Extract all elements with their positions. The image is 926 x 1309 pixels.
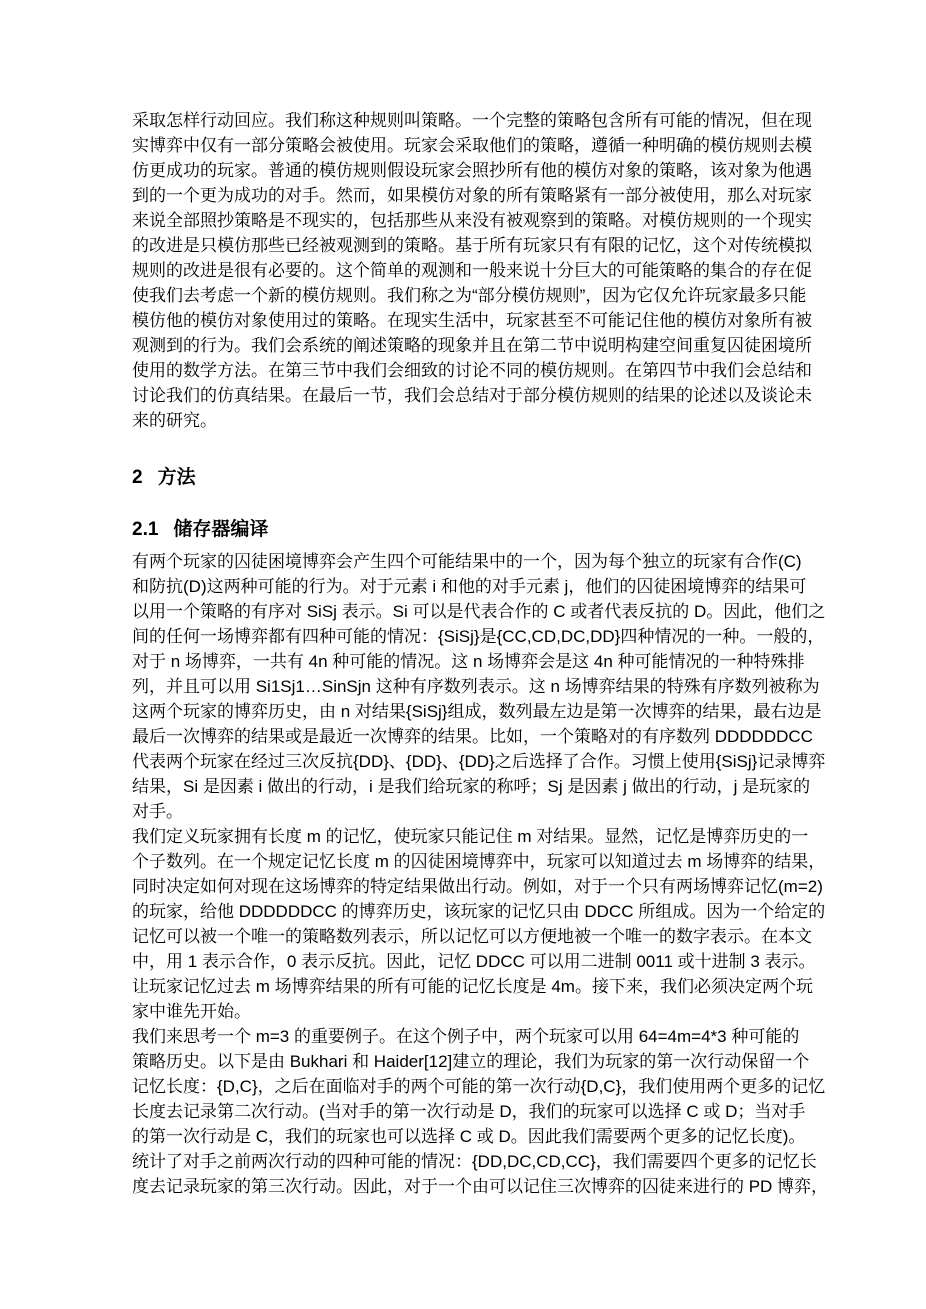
text-line: 对于 n 场博弈，一共有 4n 种可能的情况。这 n 场博弈会是这 4n 种可能… [132,649,798,674]
text-line: 同时决定如何对现在这场博弈的特定结果做出行动。例如，对于一个只有两场博弈记忆(m… [132,874,798,899]
text-line: 我们定义玩家拥有长度 m 的记忆，使玩家只能记住 m 对结果。显然，记忆是博弈历… [132,824,798,849]
subsection-number: 2.1 [132,517,158,542]
text-line: 的玩家，给他 DDDDDDCC 的博弈历史，该玩家的记忆只由 DDCC 所组成。… [132,899,798,924]
section-heading-methods: 2方法 [132,465,798,490]
text-line: 长度去记录第二次行动。(当对手的第一次行动是 D，我们的玩家可以选择 C 或 D… [132,1099,798,1124]
text-line: 有两个玩家的囚徒困境博弈会产生四个可能结果中的一个，因为每个独立的玩家有合作(C… [132,549,798,574]
text-line: 讨论我们的仿真结果。在最后一节，我们会总结对于部分模仿规则的结果的论述以及谈论未 [132,383,798,408]
memory-length-paragraph: 我们定义玩家拥有长度 m 的记忆，使玩家只能记住 m 对结果。显然，记忆是博弈历… [132,824,798,1024]
text-line: 来说全部照抄策略是不现实的，包括那些从来没有被观察到的策略。对模仿规则的一个现实 [132,208,798,233]
text-line: 中，用 1 表示合作，0 表示反抗。因此，记忆 DDCC 可以用二进制 0011… [132,949,798,974]
text-line: 统计了对手之前两次行动的四种可能的情况：{DD,DC,CD,CC}，我们需要四个… [132,1149,798,1174]
section-number: 2 [132,465,143,490]
text-line: 使我们去考虑一个新的模仿规则。我们称之为“部分模仿规则”，因为它仅允许玩家最多只… [132,283,798,308]
text-line: 使用的数学方法。在第三节中我们会细致的讨论不同的模仿规则。在第四节中我们会总结和 [132,358,798,383]
text-line: 最后一次博弈的结果或是最近一次博弈的结果。比如，一个策略对的有序数列 DDDDD… [132,724,798,749]
text-line: 和防抗(D)这两种可能的行为。对于元素 i 和他的对手元素 j，他们的囚徒困境博… [132,574,798,599]
intro-paragraph: 采取怎样行动回应。我们称这种规则叫策略。一个完整的策略包含所有可能的情况，但在现… [132,108,798,433]
text-line: 间的任何一场博弈都有四种可能的情况：{SiSj}是{CC,CD,DC,DD}四种… [132,624,798,649]
text-line: 个子数列。在一个规定记忆长度 m 的囚徒困境博弈中，玩家可以知道过去 m 场博弈… [132,849,798,874]
text-column: 采取怎样行动回应。我们称这种规则叫策略。一个完整的策略包含所有可能的情况，但在现… [132,108,798,1199]
text-line: 仿更成功的玩家。普通的模仿规则假设玩家会照抄所有他的模仿对象的策略，该对象为他遇 [132,158,798,183]
text-line: 记忆长度：{D,C}，之后在面临对手的两个可能的第一次行动{D,C}，我们使用两… [132,1074,798,1099]
text-line: 结果，Si 是因素 i 做出的行动，i 是我们给玩家的称呼；Sj 是因素 j 做… [132,774,798,799]
text-line: 策略历史。以下是由 Bukhari 和 Haider[12]建立的理论，我们为玩… [132,1049,798,1074]
text-line: 模仿他的模仿对象使用过的策略。在现实生活中，玩家甚至不可能记住他的模仿对象所有被 [132,308,798,333]
text-line: 让玩家记忆过去 m 场博弈结果的所有可能的记忆长度是 4m。接下来，我们必须决定… [132,974,798,999]
text-line: 代表两个玩家在经过三次反抗{DD}、{DD}、{DD}之后选择了合作。习惯上使用… [132,749,798,774]
text-line: 对手。 [132,799,798,824]
text-line: 列，并且可以用 Si1Sj1…SinSjn 这种有序数列表示。这 n 场博弈结果… [132,674,798,699]
section-title: 方法 [158,467,196,488]
m3-example-paragraph: 我们来思考一个 m=3 的重要例子。在这个例子中，两个玩家可以用 64=4m=4… [132,1024,798,1199]
text-line: 这两个玩家的博弈历史，由 n 对结果{SiSj}组成，数列最左边是第一次博弈的结… [132,699,798,724]
text-line: 记忆可以被一个唯一的策略数列表示，所以记忆可以方便地被一个唯一的数字表示。在本文 [132,924,798,949]
memory-encoding-paragraph: 有两个玩家的囚徒困境博弈会产生四个可能结果中的一个，因为每个独立的玩家有合作(C… [132,549,798,824]
text-line: 家中谁先开始。 [132,999,798,1024]
text-line: 到的一个更为成功的对手。然而，如果模仿对象的所有策略紧有一部分被使用，那么对玩家 [132,183,798,208]
text-line: 度去记录玩家的第三次行动。因此，对于一个由可以记住三次博弈的囚徒来进行的 PD … [132,1174,798,1199]
text-line: 我们来思考一个 m=3 的重要例子。在这个例子中，两个玩家可以用 64=4m=4… [132,1024,798,1049]
subsection-title: 储存器编译 [173,519,268,540]
text-line: 观测到的行为。我们会系统的阐述策略的现象并且在第二节中说明构建空间重复囚徒困境所 [132,333,798,358]
paper-page: 采取怎样行动回应。我们称这种规则叫策略。一个完整的策略包含所有可能的情况，但在现… [0,0,926,1309]
text-line: 采取怎样行动回应。我们称这种规则叫策略。一个完整的策略包含所有可能的情况，但在现 [132,108,798,133]
text-line: 规则的改进是很有必要的。这个简单的观测和一般来说十分巨大的可能策略的集合的存在促 [132,258,798,283]
text-line: 的第一次行动是 C，我们的玩家也可以选择 C 或 D。因此我们需要两个更多的记忆… [132,1124,798,1149]
section-heading-memory-encoding: 2.1储存器编译 [132,517,798,542]
text-line: 以用一个策略的有序对 SiSj 表示。Si 可以是代表合作的 C 或者代表反抗的… [132,599,798,624]
text-line: 的改进是只模仿那些已经被观测到的策略。基于所有玩家只有有限的记忆，这个对传统模拟 [132,233,798,258]
text-line: 来的研究。 [132,408,798,433]
text-line: 实博弈中仅有一部分策略会被使用。玩家会采取他们的策略，遵循一种明确的模仿规则去模 [132,133,798,158]
